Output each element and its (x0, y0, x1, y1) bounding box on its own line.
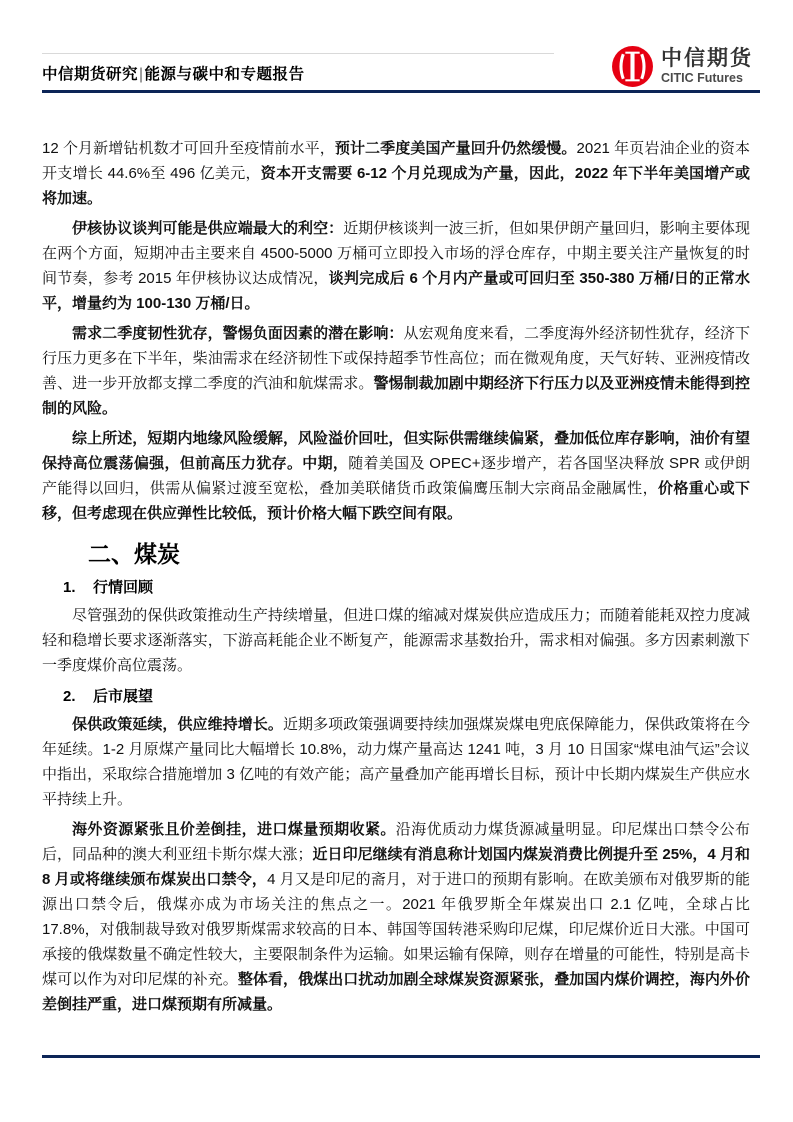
header-top-border (42, 53, 554, 54)
citic-logo: 中信期货 CITIC Futures (611, 45, 753, 88)
header-title: 中信期货研究|能源与碳中和专题报告 (42, 62, 305, 84)
logo-text: 中信期货 CITIC Futures (661, 48, 753, 85)
text-run: 尽管强劲的保供政策推动生产持续增量，但进口煤的缩减对煤炭供应造成压力；而随着能耗… (42, 607, 750, 674)
header-rule (42, 90, 760, 93)
subsection-outlook: 2. 后市展望 (42, 687, 750, 707)
logo-brand-en: CITIC Futures (661, 72, 753, 85)
text-run: 伊核协议谈判可能是供应端最大的利空： (72, 220, 343, 237)
para-import-coal: 海外资源紧张且价差倒挂，进口煤量预期收紧。沿海优质动力煤货源减量明显。印尼煤出口… (42, 817, 750, 1017)
subsection-label: 后市展望 (93, 687, 153, 707)
footer-rule (42, 1055, 760, 1058)
text-run: 海外资源紧张且价差倒挂，进口煤量预期收紧。 (72, 821, 396, 838)
para-oil-summary: 综上所述，短期内地缘风险缓解，风险溢价回吐，但实际供需继续偏紧，叠加低位库存影响… (42, 426, 750, 526)
para-demand-resilience: 需求二季度韧性犹存，警惕负面因素的潜在影响：从宏观角度来看，二季度海外经济韧性犹… (42, 321, 750, 421)
report-page: 中信期货研究|能源与碳中和专题报告 中信期货 CITIC Futures 12 … (0, 0, 793, 1122)
subsection-market-review: 1. 行情回顾 (42, 578, 750, 598)
text-run: 保供政策延续，供应维持增长。 (72, 716, 283, 733)
subsection-number: 2. (63, 687, 93, 707)
para-us-production: 12 个月新增钻机数才可回升至疫情前水平，预计二季度美国产量回升仍然缓慢。202… (42, 136, 750, 211)
logo-brand-cn: 中信期货 (661, 48, 753, 70)
document-body: 12 个月新增钻机数才可回升至疫情前水平，预计二季度美国产量回升仍然缓慢。202… (42, 136, 750, 1022)
section-title-coal: 二、煤炭 (42, 539, 750, 569)
text-run: 需求二季度韧性犹存，警惕负面因素的潜在影响： (72, 325, 404, 342)
header-title-left: 中信期货研究 (42, 66, 138, 83)
text-run: 12 个月新增钻机数才可回升至疫情前水平， (42, 140, 335, 157)
citic-logo-icon (611, 45, 654, 88)
para-iran-nuclear: 伊核协议谈判可能是供应端最大的利空：近期伊核谈判一波三折，但如果伊朗产量回归，影… (42, 216, 750, 316)
subsection-number: 1. (63, 578, 93, 598)
para-coal-supply-policy: 保供政策延续，供应维持增长。近期多项政策强调要持续加强煤炭煤电兜底保障能力，保供… (42, 712, 750, 812)
text-run: 预计二季度美国产量回升仍然缓慢。 (335, 140, 577, 157)
header-title-right: 能源与碳中和专题报告 (145, 66, 305, 83)
para-coal-review: 尽管强劲的保供政策推动生产持续增量，但进口煤的缩减对煤炭供应造成压力；而随着能耗… (42, 603, 750, 678)
subsection-label: 行情回顾 (93, 578, 153, 598)
